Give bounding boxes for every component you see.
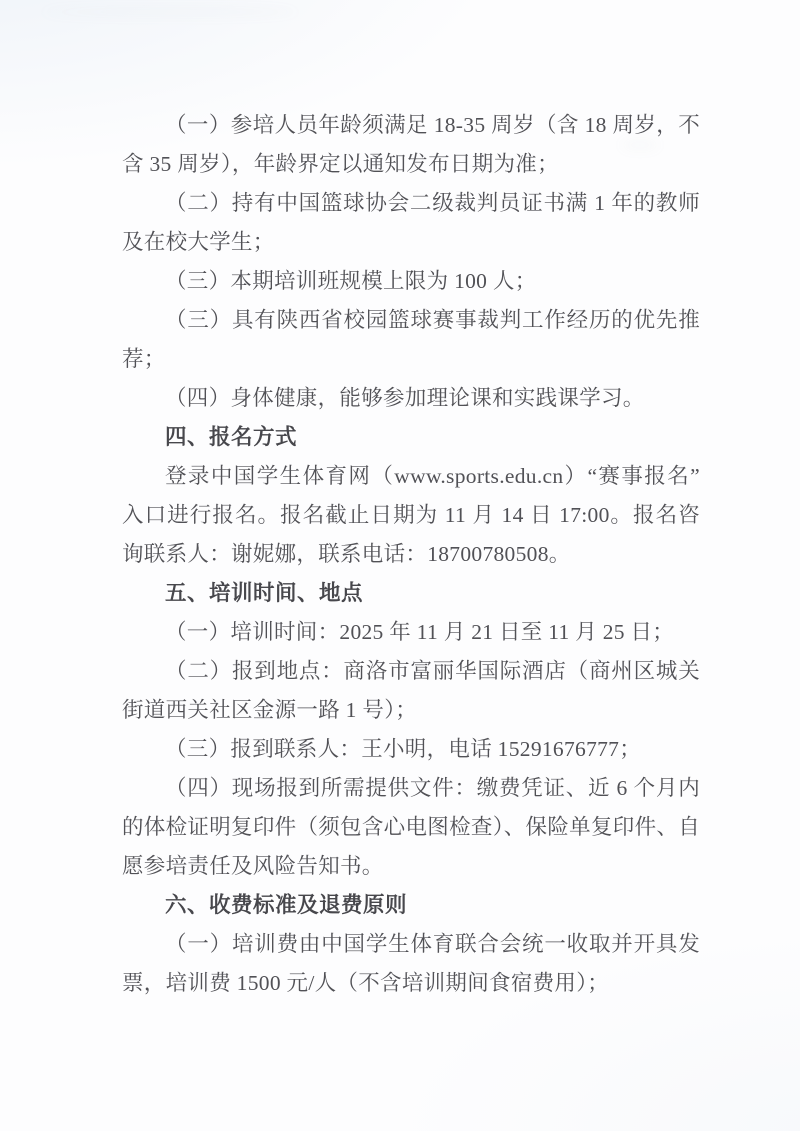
paragraph-health-requirement: （四）身体健康，能够参加理论课和实践课学习。 <box>122 379 700 418</box>
paragraph-checkin-documents: （四）现场报到所需提供文件：缴费凭证、近 6 个月内的体检证明复印件（须包含心电… <box>122 769 700 886</box>
paragraph-certificate-requirement: （二）持有中国篮球协会二级裁判员证书满 1 年的教师及在校大学生； <box>122 184 700 262</box>
document-page: （一）参培人员年龄须满足 18-35 周岁（含 18 周岁，不含 35 周岁），… <box>0 0 800 1131</box>
heading-registration-method: 四、报名方式 <box>122 418 700 457</box>
scan-artifact <box>40 8 300 16</box>
paragraph-training-time: （一）培训时间：2025 年 11 月 21 日至 11 月 25 日； <box>122 613 700 652</box>
paragraph-age-requirement: （一）参培人员年龄须满足 18-35 周岁（含 18 周岁，不含 35 周岁），… <box>122 106 700 184</box>
paragraph-priority-recommendation: （三）具有陕西省校园篮球赛事裁判工作经历的优先推荐； <box>122 301 700 379</box>
paragraph-training-fee: （一）培训费由中国学生体育联合会统一收取并开具发票，培训费 1500 元/人（不… <box>122 925 700 1003</box>
paragraph-class-size-limit: （三）本期培训班规模上限为 100 人； <box>122 262 700 301</box>
paragraph-checkin-location: （二）报到地点：商洛市富丽华国际酒店（商州区城关街道西关社区金源一路 1 号）； <box>122 652 700 730</box>
heading-training-time-location: 五、培训时间、地点 <box>122 574 700 613</box>
paragraph-checkin-contact: （三）报到联系人：王小明，电话 15291676777； <box>122 730 700 769</box>
heading-fees-refund-policy: 六、收费标准及退费原则 <box>122 886 700 925</box>
document-content: （一）参培人员年龄须满足 18-35 周岁（含 18 周岁，不含 35 周岁），… <box>122 106 700 1003</box>
paragraph-registration-details: 登录中国学生体育网（www.sports.edu.cn）“赛事报名”入口进行报名… <box>122 457 700 574</box>
